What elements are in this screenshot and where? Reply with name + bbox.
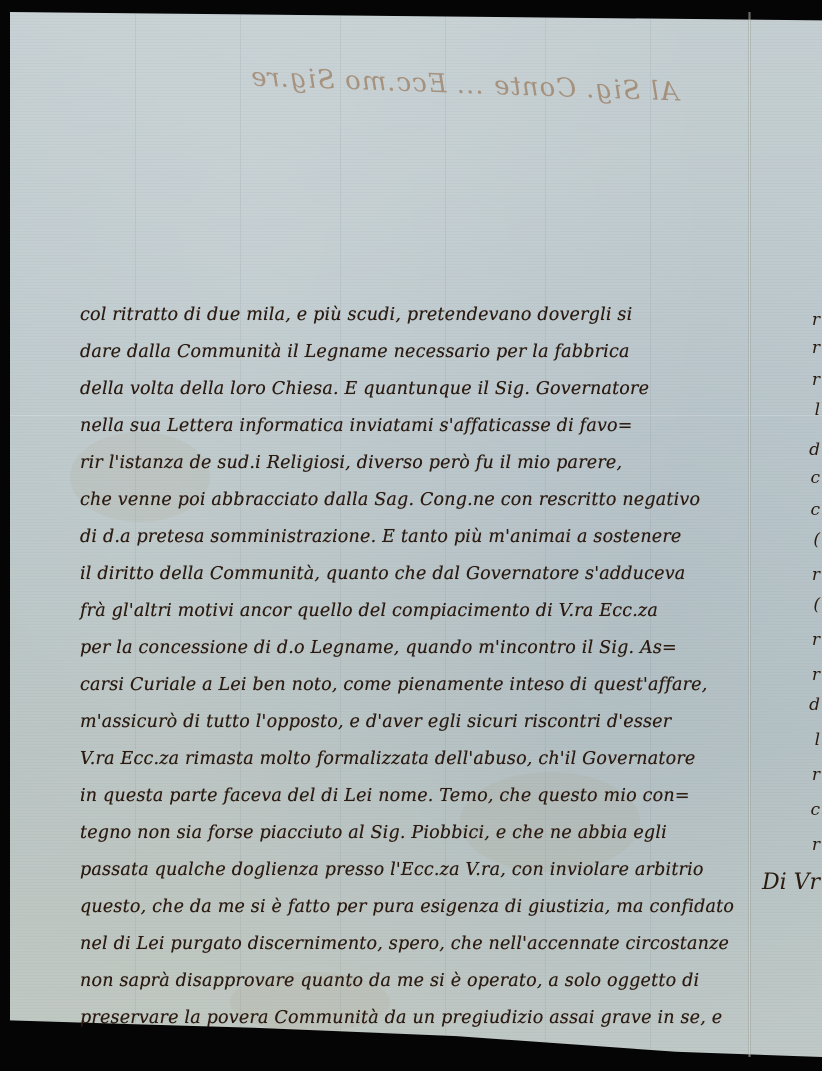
vertical-fold-seam (748, 12, 751, 1057)
adjacent-line-fragment: c (810, 500, 820, 520)
text-line: il diritto della Communità, quanto che d… (80, 564, 685, 584)
text-line: passata qualche doglienza presso l'Ecc.z… (80, 860, 704, 880)
text-line: in questa parte faceva del di Lei nome. … (80, 786, 690, 806)
adjacent-line-fragment: r (812, 835, 820, 855)
text-line: dare dalla Communità il Legname necessar… (80, 342, 630, 362)
text-line: rir l'istanza de sud.i Religiosi, divers… (80, 453, 622, 473)
text-line: nel di Lei purgato discernimento, spero,… (80, 934, 729, 954)
text-line: preservare la povera Communità da un pre… (80, 1008, 722, 1028)
adjacent-line-fragment: ( (813, 530, 820, 550)
adjacent-page-closing: Di Vr (762, 870, 820, 895)
adjacent-line-fragment: c (810, 800, 820, 820)
adjacent-line-fragment: l (815, 400, 820, 420)
adjacent-line-fragment: d (809, 695, 820, 715)
text-line: col ritratto di due mila, e più scudi, p… (80, 305, 632, 325)
adjacent-line-fragment: r (812, 565, 820, 585)
text-line: non saprà disapprovare quanto da me si è… (80, 971, 699, 991)
text-line: della volta della loro Chiesa. E quantun… (80, 379, 649, 399)
text-line: per la concessione di d.o Legname, quand… (80, 638, 677, 658)
text-line: carsi Curiale a Lei ben noto, come piena… (80, 675, 707, 695)
text-line: V.ra Ecc.za rimasta molto formalizzata d… (80, 749, 696, 769)
text-line: frà gl'altri motivi ancor quello del com… (80, 601, 658, 621)
adjacent-line-fragment: r (812, 665, 820, 685)
adjacent-line-fragment: r (812, 310, 820, 330)
adjacent-line-fragment: r (812, 630, 820, 650)
text-line: tegno non sia forse piacciuto al Sig. Pi… (80, 823, 667, 843)
adjacent-line-fragment: c (810, 468, 820, 488)
adjacent-line-fragment: r (812, 338, 820, 358)
adjacent-line-fragment: l (815, 730, 820, 750)
text-line: che venne poi abbracciato dalla Sag. Con… (80, 490, 700, 510)
adjacent-line-fragment: r (812, 370, 820, 390)
text-line: nella sua Lettera informatica inviatami … (80, 416, 633, 436)
adjacent-line-fragment: ( (813, 595, 820, 615)
text-line: di d.a pretesa somministrazione. E tanto… (80, 527, 681, 547)
adjacent-line-fragment: r (812, 765, 820, 785)
adjacent-line-fragment: d (809, 440, 820, 460)
text-line: questo, che da me si è fatto per pura es… (80, 897, 734, 917)
text-line: m'assicurò di tutto l'opposto, e d'aver … (80, 712, 671, 732)
